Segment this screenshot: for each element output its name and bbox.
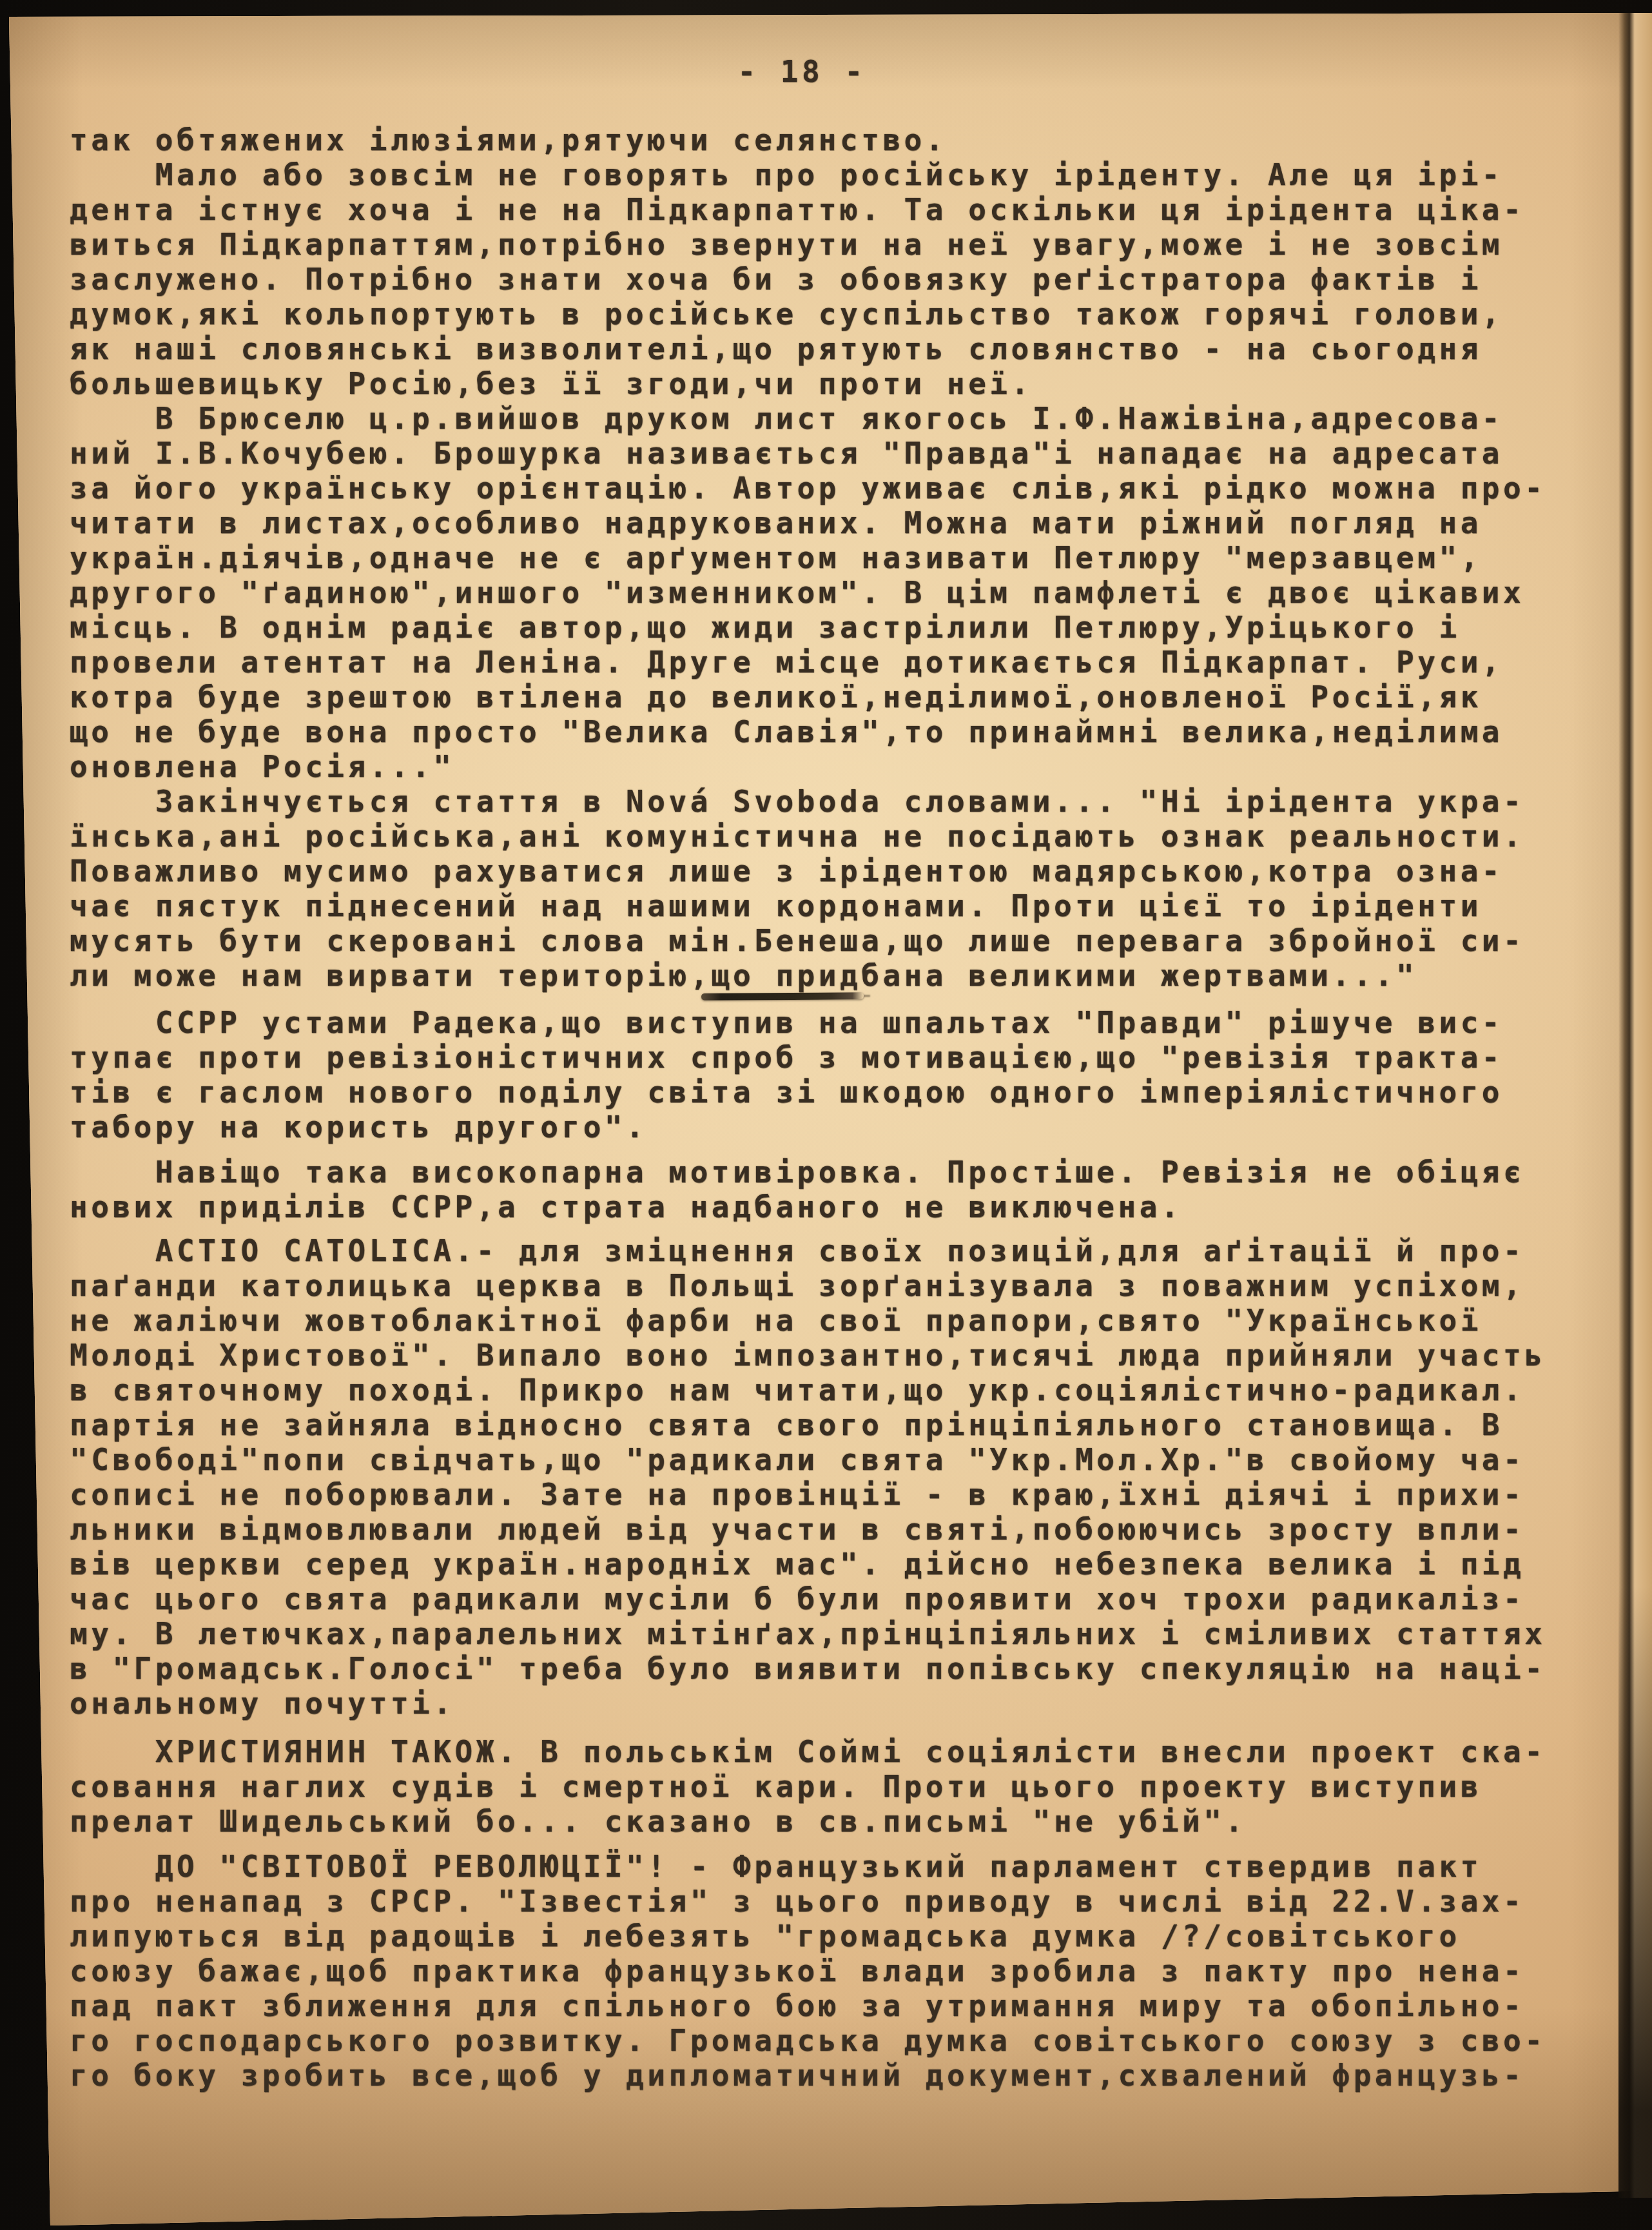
paragraph: ДО "СВІТОВОЇ РЕВОЛЮЦІЇ"! - Французький п… — [70, 1849, 1605, 2093]
document-body: - 18 -так обтяжених ілюзіями,рятуючи сел… — [70, 54, 1605, 2093]
paragraph: Навіщо така високопарна мотивіровка. Про… — [70, 1155, 1605, 1224]
paragraph: Закінчується стаття в Nová Svoboda слова… — [70, 784, 1605, 993]
paragraph: В Брюселю ц.р.вийшов друком лист якогось… — [70, 401, 1605, 784]
scan-background: - 18 -так обтяжених ілюзіями,рятуючи сел… — [0, 0, 1652, 2230]
paragraph: ACTIO CATOLICA.- для зміцнення своїх поз… — [70, 1233, 1605, 1721]
paragraph: ХРИСТИЯНИН ТАКОЖ. В польськім Соймі соці… — [70, 1734, 1605, 1839]
paragraph: ССРР устами Радека,що виступив на шпальт… — [70, 1005, 1605, 1144]
paragraph: так обтяжених ілюзіями,рятуючи селянство… — [70, 122, 1605, 157]
paragraph: Мало або зовсім не говорять про російськ… — [70, 157, 1605, 401]
page-number: - 18 - — [34, 54, 1569, 89]
typed-divider-line — [701, 992, 864, 1001]
